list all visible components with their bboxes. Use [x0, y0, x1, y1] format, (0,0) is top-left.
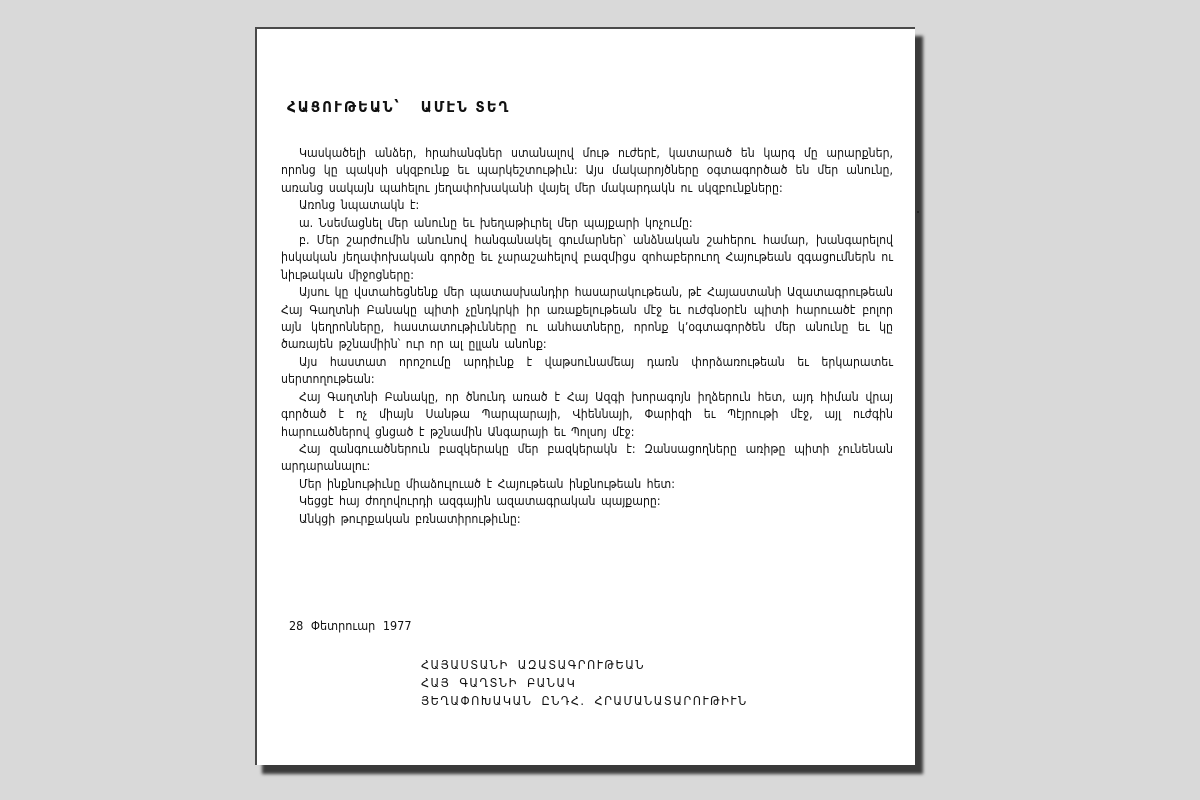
paragraph-slogan-2: Անկցի թուրքական բռնատիրութիւնը:: [281, 511, 893, 528]
paragraph-aim-a: ա. Նսեմացնել մեր անունը եւ խեղաթիւրել մե…: [281, 215, 893, 232]
paragraph-aims: Առոնց նպատակն է:: [281, 197, 893, 214]
paragraph-identity: Մեր ինքնութիւնը միաձուլուած է Հայութեան …: [281, 476, 893, 493]
scan-speck: [917, 211, 919, 213]
signature-line-3: ՅԵՂԱՓՈԽԱԿԱՆ ԸՆԴՀ. ՀՐԱՄԱՆԱՏԱՐՈՒԹԻՒՆ: [421, 692, 748, 710]
signature-block: ՀԱՅԱՍՏԱՆԻ ԱԶԱՏԱԳՐՈՒԹԵԱՆ ՀԱՅ ԳԱՂՏՆԻ ԲԱՆԱԿ…: [421, 656, 748, 710]
paragraph-slogan-1: Կեցցէ հայ ժողովուրդի ազգային ազատագրական…: [281, 493, 893, 510]
document-body: Կասկածելի անձեր, հրահանգներ ստանալով մու…: [281, 145, 893, 528]
paragraph-aim-b: բ. Մեր շարժումին անունով հանգանակել գում…: [281, 232, 893, 284]
paragraph-army: Հայ Գաղտնի Բանակը, որ ծնունդ առած է Հայ …: [281, 389, 893, 441]
document-title: ՀԱՑՈՒԹԵԱՆ՝ ԱՄԷՆ ՏԵՂ: [287, 98, 510, 116]
paragraph-assurance: Այսու կը վստահեցնենք մեր պատասխանդիր հաս…: [281, 284, 893, 354]
document-date: 28 Փետրուար 1977: [289, 618, 412, 633]
paragraph-masses: Հայ զանգուածներուն բազկերակը մեր բազկերա…: [281, 441, 893, 476]
signature-line-1: ՀԱՅԱՍՏԱՆԻ ԱԶԱՏԱԳՐՈՒԹԵԱՆ: [421, 656, 748, 674]
signature-line-2: ՀԱՅ ԳԱՂՏՆԻ ԲԱՆԱԿ: [421, 674, 748, 692]
document-viewer: ՀԱՑՈՒԹԵԱՆ՝ ԱՄԷՆ ՏԵՂ Կասկածելի անձեր, հրա…: [0, 0, 1200, 800]
document-page: ՀԱՑՈՒԹԵԱՆ՝ ԱՄԷՆ ՏԵՂ Կասկածելի անձեր, հրա…: [255, 27, 915, 765]
paragraph-intro: Կասկածելի անձեր, հրահանգներ ստանալով մու…: [281, 145, 893, 197]
paragraph-decision: Այս հաստատ որոշումը արդիւնք է վաթսունամե…: [281, 354, 893, 389]
